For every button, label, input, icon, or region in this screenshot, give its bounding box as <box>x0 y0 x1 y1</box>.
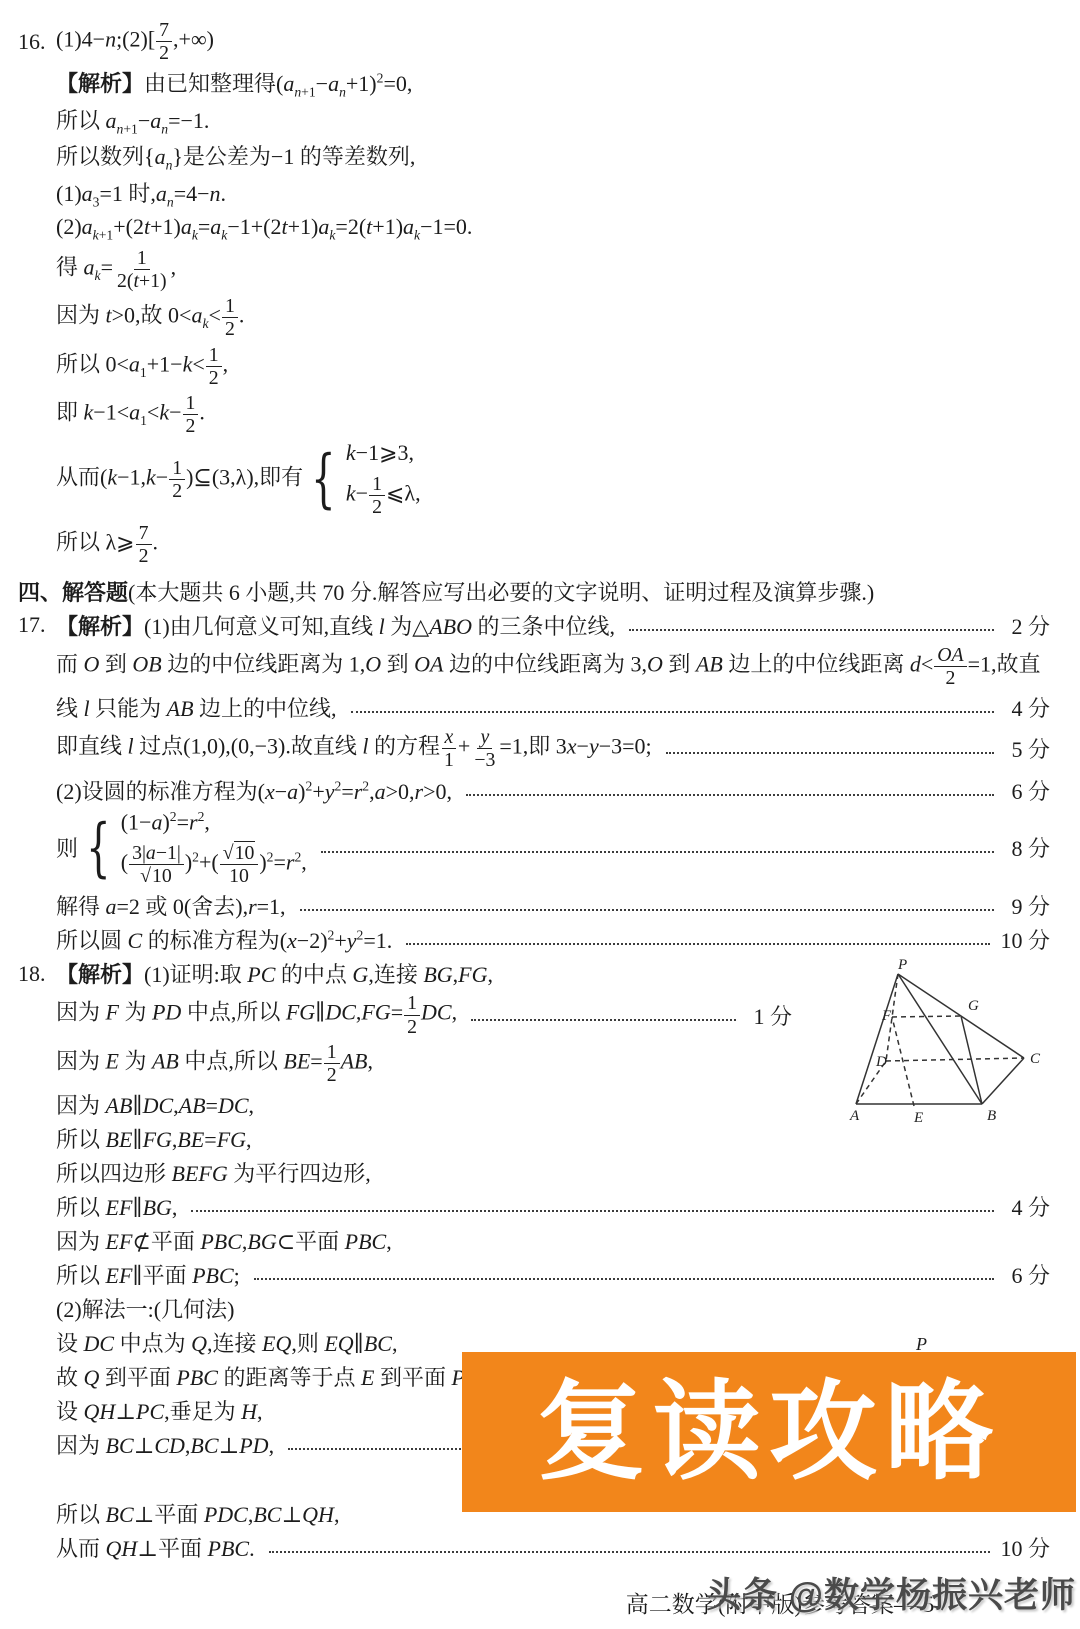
answer-line: 得 ak=12(t+1), <box>56 247 1050 292</box>
score-label: 8 分 <box>1004 832 1050 863</box>
question-16-block: 16.(1)4−n;(2)[72,+∞)【解析】由已知整理得(an+1−an+1… <box>56 19 1050 567</box>
vertex-label-D: D <box>875 1054 887 1070</box>
answer-line: 即 k−1<a1<k−12. <box>56 392 1050 437</box>
sqrt: √10 <box>140 864 173 887</box>
fraction: 12 <box>404 992 420 1037</box>
vertex-label-A: A <box>849 1108 860 1124</box>
fraction: OA2 <box>934 644 966 689</box>
edge-BG <box>961 1016 982 1104</box>
question-17-block: 17.【解析】(1)由几何意义可知,直线 l 为△ABO 的三条中位线,2 分而… <box>56 610 1050 955</box>
edge-PA <box>856 974 898 1104</box>
dotted-leader <box>466 793 994 796</box>
answer-line: 解得 a=2 或 0(舍去),r=1,9 分 <box>56 890 1050 921</box>
fraction: y−3 <box>471 726 498 771</box>
fraction: 12 <box>169 457 185 502</box>
fraction: 72 <box>156 19 172 64</box>
dotted-leader <box>471 1018 736 1021</box>
question-number: 17. <box>18 612 56 638</box>
fraction: 3|a−1|√10 <box>129 842 184 887</box>
answer-line: 所以 λ⩾72. <box>56 522 1050 567</box>
answer-line: 而 O 到 OB 边的中位线距离为 1,O 到 OA 边的中位线距离为 3,O … <box>56 644 1050 689</box>
fraction: √1010 <box>220 842 259 887</box>
answer-line: (2)ak+1+(2t+1)ak=ak−1+(2t+1)ak=2(t+1)ak−… <box>56 213 1050 244</box>
vertex-label-E: E <box>913 1110 923 1126</box>
score-label: 10 分 <box>1000 1532 1050 1563</box>
watermark-text: 头条 @数学杨振兴老师 <box>706 1568 1076 1618</box>
answer-line: 所以 0<a1+1−k<12, <box>56 344 1050 389</box>
score-label: 4 分 <box>1004 1191 1050 1222</box>
promo-banner-text: 复读攻略 <box>537 1378 1001 1486</box>
dotted-leader <box>269 1550 991 1553</box>
vertex-label-B: B <box>987 1108 996 1124</box>
score-label: 1 分 <box>746 1000 792 1031</box>
answer-line: 从而(k−1,k−12)⊆(3,λ),即有{k−1⩾3,k−12⩽λ, <box>56 440 1050 518</box>
answer-line: 16.(1)4−n;(2)[72,+∞) <box>56 19 1050 64</box>
fraction: 72 <box>136 522 152 567</box>
brace: { <box>86 818 110 879</box>
dotted-leader <box>254 1277 994 1280</box>
fraction: 12 <box>222 295 238 340</box>
score-label: 6 分 <box>1004 775 1050 806</box>
question-number: 18. <box>18 961 56 987</box>
equation-system: 从而(k−1,k−12)⊆(3,λ),即有{k−1⩾3,k−12⩽λ, <box>56 440 421 518</box>
section-header: 四、解答题(本大题共 6 小题,共 70 分.解答应写出必要的文字说明、证明过程… <box>18 576 1050 607</box>
answer-line: (2)解法一:(几何法) <box>56 1293 1050 1324</box>
vertex-label-F: F <box>881 1008 892 1024</box>
answer-line: 17.【解析】(1)由几何意义可知,直线 l 为△ABO 的三条中位线,2 分 <box>56 610 1050 641</box>
fraction: x1 <box>441 726 457 771</box>
sqrt: √10 <box>223 841 256 864</box>
answer-line: 【解析】由已知整理得(an+1−an+1)2=0, <box>56 67 1050 100</box>
answer-line: 所以四边形 BEFG 为平行四边形, <box>56 1157 1050 1188</box>
answer-line: 所以 an+1−an=−1. <box>56 104 1050 137</box>
score-label: 2 分 <box>1004 610 1050 641</box>
dotted-leader <box>300 908 994 911</box>
score-label: 10 分 <box>1000 924 1050 955</box>
answer-line: 因为 EF⊄平面 PBC,BG⊂平面 PBC, <box>56 1225 1050 1256</box>
edge-PB <box>898 974 982 1104</box>
vertex-label-C: C <box>1030 1051 1041 1067</box>
section-header-text: 四、解答题(本大题共 6 小题,共 70 分.解答应写出必要的文字说明、证明过程… <box>18 576 874 607</box>
equation-system: 则{(1−a)2=r2,(3|a−1|√10)2+(√1010)2=r2, <box>56 809 307 888</box>
dotted-leader <box>666 751 994 754</box>
score-label: 5 分 <box>1004 733 1050 764</box>
question-number: 16. <box>18 29 56 55</box>
answer-line: 即直线 l 过点(1,0),(0,−3).故直线 l 的方程x1+y−3=1,即… <box>56 726 1050 771</box>
score-label: 9 分 <box>1004 890 1050 921</box>
vertex-label-P: P <box>897 958 907 973</box>
content-column: 16.(1)4−n;(2)[72,+∞)【解析】由已知整理得(an+1−an+1… <box>0 0 1080 1563</box>
answer-line: 所以 EF∥平面 PBC;6 分 <box>56 1259 1050 1290</box>
answer-line: 所以圆 C 的标准方程为(x−2)2+y2=1.10 分 <box>56 924 1050 955</box>
dotted-leader <box>406 942 990 945</box>
answer-line: 则{(1−a)2=r2,(3|a−1|√10)2+(√1010)2=r2,8 分 <box>56 809 1050 888</box>
answer-line: (2)设圆的标准方程为(x−a)2+y2=r2,a>0,r>0,6 分 <box>56 775 1050 806</box>
dotted-leader <box>321 850 994 853</box>
dotted-leader <box>191 1209 994 1212</box>
answer-line: 从而 QH⊥平面 PBC.10 分 <box>56 1532 1050 1563</box>
answer-line: 线 l 只能为 AB 边上的中位线,4 分 <box>56 692 1050 723</box>
dotted-leader <box>351 710 994 713</box>
score-label: 4 分 <box>1004 692 1050 723</box>
brace: { <box>311 449 335 510</box>
answer-sheet-page: 16.(1)4−n;(2)[72,+∞)【解析】由已知整理得(an+1−an+1… <box>0 0 1080 1629</box>
fraction: 12 <box>324 1041 340 1086</box>
answer-line: 所以数列{an}是公差为−1 的等差数列, <box>56 140 1050 173</box>
fraction: 12 <box>206 344 222 389</box>
answer-line: (1)a3=1 时,an=4−n. <box>56 177 1050 210</box>
answer-line: 因为 t>0,故 0<ak<12. <box>56 295 1050 340</box>
fraction: 12(t+1) <box>114 247 170 292</box>
score-label: 6 分 <box>1004 1259 1050 1290</box>
edge-DC <box>886 1058 1024 1061</box>
pyramid-svg: PAEBCDFG <box>842 958 1042 1130</box>
answer-line: 因为 F 为 PD 中点,所以 FG∥DC,FG=12DC,1 分 <box>56 992 792 1037</box>
edge-BC <box>982 1058 1024 1104</box>
pyramid-figure: PAEBCDFG <box>842 958 1042 1135</box>
vertex-label-G: G <box>968 998 979 1014</box>
promo-banner-overlay: 复读攻略 <box>462 1352 1076 1512</box>
dotted-leader <box>629 628 994 631</box>
answer-line: 所以 EF∥BG,4 分 <box>56 1191 1050 1222</box>
fraction: 12 <box>183 392 199 437</box>
fraction: 12 <box>369 473 385 518</box>
